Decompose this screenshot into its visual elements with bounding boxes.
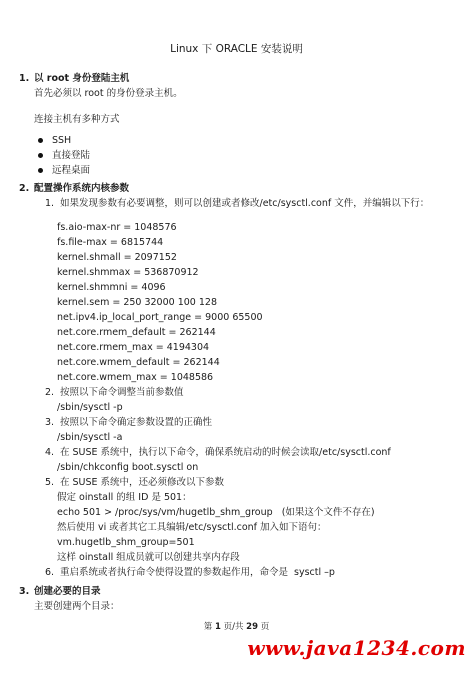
bullet-icon bbox=[38, 153, 43, 158]
bullet-item: 远程桌面 bbox=[38, 163, 473, 178]
bullet-label: 远程桌面 bbox=[52, 163, 90, 178]
command-line: /sbin/chkconfig boot.sysctl on bbox=[57, 460, 473, 475]
command-line: vm.hugetlb_shm_group=501 bbox=[57, 535, 473, 550]
footer-text: 页 bbox=[258, 622, 269, 632]
command-line: /sbin/sysctl -p bbox=[57, 400, 473, 415]
section-3-number: 3. bbox=[19, 584, 34, 599]
sub-item-number: 5. bbox=[45, 475, 60, 490]
sub-item-text: 如果发现参数有必要调整，则可以创建或者修改/etc/sysctl.conf 文件… bbox=[60, 196, 429, 211]
sub-item-number: 1. bbox=[45, 196, 60, 211]
bullet-item: 直接登陆 bbox=[38, 148, 473, 163]
section-1-number: 1. bbox=[19, 71, 34, 86]
command-line: 假定 oinstall 的组 ID 是 501： bbox=[57, 490, 473, 505]
config-line: net.core.rmem_max = 4194304 bbox=[57, 340, 473, 355]
bullet-icon bbox=[38, 168, 43, 173]
sub-item-number: 2. bbox=[45, 385, 60, 400]
bullet-label: SSH bbox=[52, 133, 71, 148]
sub-item-number: 4. bbox=[45, 445, 60, 460]
sub-item-3: 3. 按照以下命令确定参数设置的正确性 bbox=[45, 415, 473, 430]
section-1-heading-text: 以 root 身份登陆主机 bbox=[34, 71, 129, 86]
sub-item-text: 重启系统或者执行命令使得设置的参数起作用，命令是 sysctl –p bbox=[60, 565, 335, 580]
footer-text: 页/共 bbox=[221, 622, 246, 632]
footer-text: 第 bbox=[204, 622, 215, 632]
page-number: 第 1 页/共 29 页 bbox=[0, 620, 473, 635]
command-line: /sbin/sysctl -a bbox=[57, 430, 473, 445]
paragraph: 连接主机有多种方式 bbox=[34, 112, 473, 127]
command-line: echo 501 > /proc/sys/vm/hugetlb_shm_grou… bbox=[57, 505, 473, 520]
bullet-icon bbox=[38, 138, 43, 143]
sub-item-number: 6. bbox=[45, 565, 60, 580]
config-line: net.core.wmem_max = 1048586 bbox=[57, 370, 473, 385]
config-line: net.core.rmem_default = 262144 bbox=[57, 325, 473, 340]
config-line: kernel.sem = 250 32000 100 128 bbox=[57, 295, 473, 310]
sub-item-text: 在 SUSE 系统中，执行以下命令，确保系统启动的时候会读取/etc/sysct… bbox=[60, 445, 391, 460]
section-2-heading-text: 配置操作系统内核参数 bbox=[34, 181, 129, 196]
command-line: 这样 oinstall 组成员就可以创建共享内存段 bbox=[57, 550, 473, 565]
bullet-item: SSH bbox=[38, 133, 473, 148]
sub-item-text: 按照以下命令调整当前参数值 bbox=[60, 385, 184, 400]
paragraph: 主要创建两个目录： bbox=[34, 599, 473, 614]
page-title: Linux 下 ORACLE 安装说明 bbox=[0, 43, 473, 56]
config-line: fs.file-max = 6815744 bbox=[57, 235, 473, 250]
sub-item-6: 6. 重启系统或者执行命令使得设置的参数起作用，命令是 sysctl –p bbox=[45, 565, 473, 580]
sub-item-text: 按照以下命令确定参数设置的正确性 bbox=[60, 415, 212, 430]
sub-item-4: 4. 在 SUSE 系统中，执行以下命令，确保系统启动的时候会读取/etc/sy… bbox=[45, 445, 473, 460]
sub-item-1: 1. 如果发现参数有必要调整，则可以创建或者修改/etc/sysctl.conf… bbox=[45, 196, 473, 211]
sub-item-2: 2. 按照以下命令调整当前参数值 bbox=[45, 385, 473, 400]
footer-total-pages: 29 bbox=[246, 622, 258, 632]
config-line: kernel.shmmni = 4096 bbox=[57, 280, 473, 295]
document-page: Linux 下 ORACLE 安装说明 1. 以 root 身份登陆主机 首先必… bbox=[0, 0, 473, 675]
paragraph: 首先必须以 root 的身份登录主机。 bbox=[34, 86, 473, 101]
section-1-heading: 1. 以 root 身份登陆主机 bbox=[19, 71, 473, 86]
config-line: net.core.wmem_default = 262144 bbox=[57, 355, 473, 370]
config-line: net.ipv4.ip_local_port_range = 9000 6550… bbox=[57, 310, 473, 325]
section-3-heading: 3. 创建必要的目录 bbox=[19, 584, 473, 599]
section-2-number: 2. bbox=[19, 181, 34, 196]
section-2-heading: 2. 配置操作系统内核参数 bbox=[19, 181, 473, 196]
watermark-url: www.java1234.com bbox=[247, 637, 466, 659]
config-line: kernel.shmall = 2097152 bbox=[57, 250, 473, 265]
sub-item-text: 在 SUSE 系统中，还必须修改以下参数 bbox=[60, 475, 224, 490]
section-3-heading-text: 创建必要的目录 bbox=[34, 584, 101, 599]
config-line: kernel.shmmax = 536870912 bbox=[57, 265, 473, 280]
sub-item-number: 3. bbox=[45, 415, 60, 430]
sub-item-5: 5. 在 SUSE 系统中，还必须修改以下参数 bbox=[45, 475, 473, 490]
command-line: 然后使用 vi 或者其它工具编辑/etc/sysctl.conf 加入如下语句： bbox=[57, 520, 473, 535]
bullet-label: 直接登陆 bbox=[52, 148, 90, 163]
config-line: fs.aio-max-nr = 1048576 bbox=[57, 220, 473, 235]
